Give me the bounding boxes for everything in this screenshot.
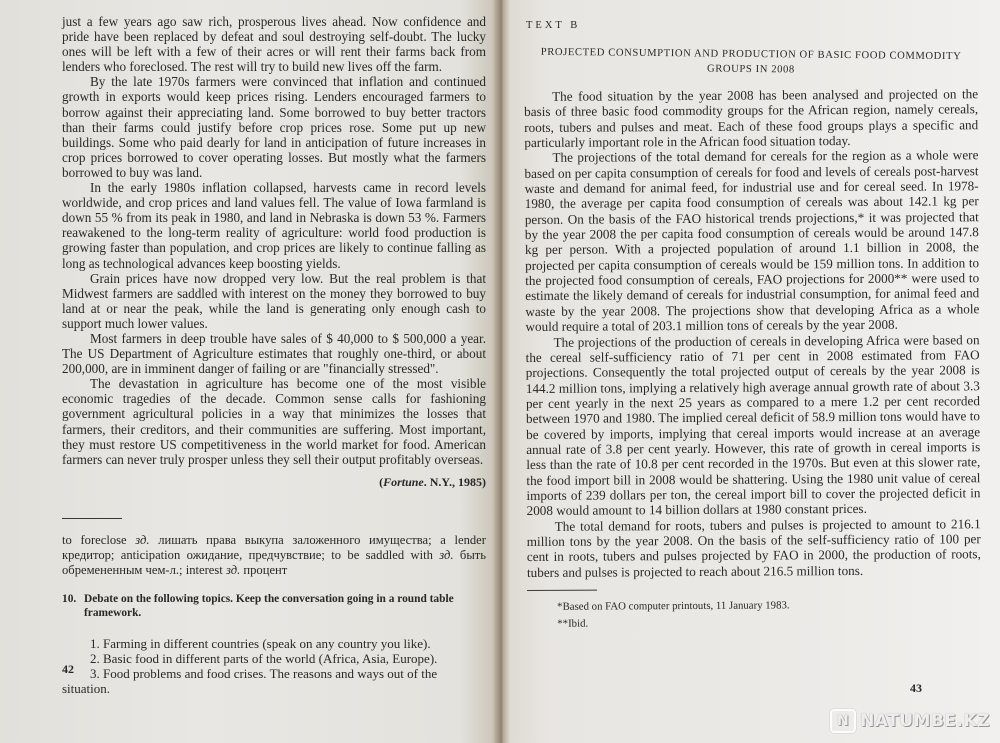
- topic-item: 3. Food problems and food crises. The re…: [62, 666, 486, 696]
- topic-item: 1. Farming in different countries (speak…: [62, 636, 486, 651]
- glossary-translation: кредитор;: [62, 548, 114, 562]
- watermark-logo-icon: N: [830, 709, 856, 733]
- glossary-term: to foreclose: [62, 533, 127, 547]
- paragraph: Most farmers in deep trouble have sales …: [62, 331, 486, 376]
- watermark-text: NATUMBE.KZ: [860, 711, 990, 731]
- right-article-text: The food situation by the year 2008 has …: [524, 86, 981, 633]
- glossary-term: anticipation: [121, 548, 180, 562]
- watermark: N NATUMBE.KZ: [830, 709, 990, 733]
- left-page: just a few years ago saw rich, prosperou…: [0, 0, 500, 743]
- exercise-10: 10. Debate on the following topics. Keep…: [62, 592, 486, 620]
- footnote: **Ibid.: [527, 613, 981, 633]
- vocabulary-glossary: to foreclose зд. лишать права выкупа зал…: [62, 533, 486, 578]
- glossary-abbr: зд.: [226, 563, 240, 577]
- exercise-instruction: Debate on the following topics. Keep the…: [84, 592, 486, 620]
- source-citation: (Fortune. N.Y., 1985): [62, 475, 486, 490]
- glossary-translation: процент: [243, 563, 287, 577]
- glossary-term: to be saddled with: [331, 548, 433, 562]
- right-page: TEXT B PROJECTED CONSUMPTION AND PRODUCT…: [500, 0, 1000, 743]
- section-label: TEXT B: [526, 20, 978, 31]
- paragraph: By the late 1970s farmers were convinced…: [62, 74, 486, 180]
- glossary-translation: ожидание, предчувствие;: [187, 548, 325, 562]
- article-heading: PROJECTED CONSUMPTION AND PRODUCTION OF …: [534, 45, 968, 80]
- footnotes: *Based on FAO computer printouts, 11 Jan…: [527, 596, 981, 633]
- glossary-term: interest: [186, 563, 223, 577]
- topic-item: 2. Basic food in different parts of the …: [62, 651, 486, 666]
- paragraph: In the early 1980s inflation collapsed, …: [62, 180, 486, 271]
- glossary-abbr: зд.: [439, 548, 453, 562]
- exercise-number: 10.: [62, 592, 84, 620]
- paragraph: The projections of the total demand for …: [524, 148, 979, 335]
- paragraph: The food situation by the year 2008 has …: [524, 86, 978, 150]
- left-article-text: just a few years ago saw rich, prosperou…: [62, 14, 486, 467]
- footnote-divider: [527, 590, 597, 591]
- paragraph: just a few years ago saw rich, prosperou…: [62, 14, 486, 74]
- glossary-translation: лишать права выкупа заложенного имуществ…: [158, 533, 431, 547]
- paragraph: The devastation in agriculture has becom…: [62, 376, 486, 467]
- paragraph: Grain prices have now dropped very low. …: [62, 271, 486, 331]
- footnote-divider: [62, 518, 122, 519]
- book-spine-gutter: [494, 0, 510, 743]
- paragraph: The projections of the production of cer…: [525, 332, 980, 519]
- glossary-term: a lender: [440, 533, 486, 547]
- paragraph: The total demand for roots, tubers and p…: [527, 516, 981, 580]
- book-spread: just a few years ago saw rich, prosperou…: [0, 0, 1000, 743]
- glossary-abbr: зд.: [135, 533, 149, 547]
- page-number-right: 43: [910, 681, 922, 696]
- debate-topics-list: 1. Farming in different countries (speak…: [62, 636, 486, 696]
- source-title: Fortune: [383, 475, 424, 489]
- page-number-left: 42: [62, 662, 74, 677]
